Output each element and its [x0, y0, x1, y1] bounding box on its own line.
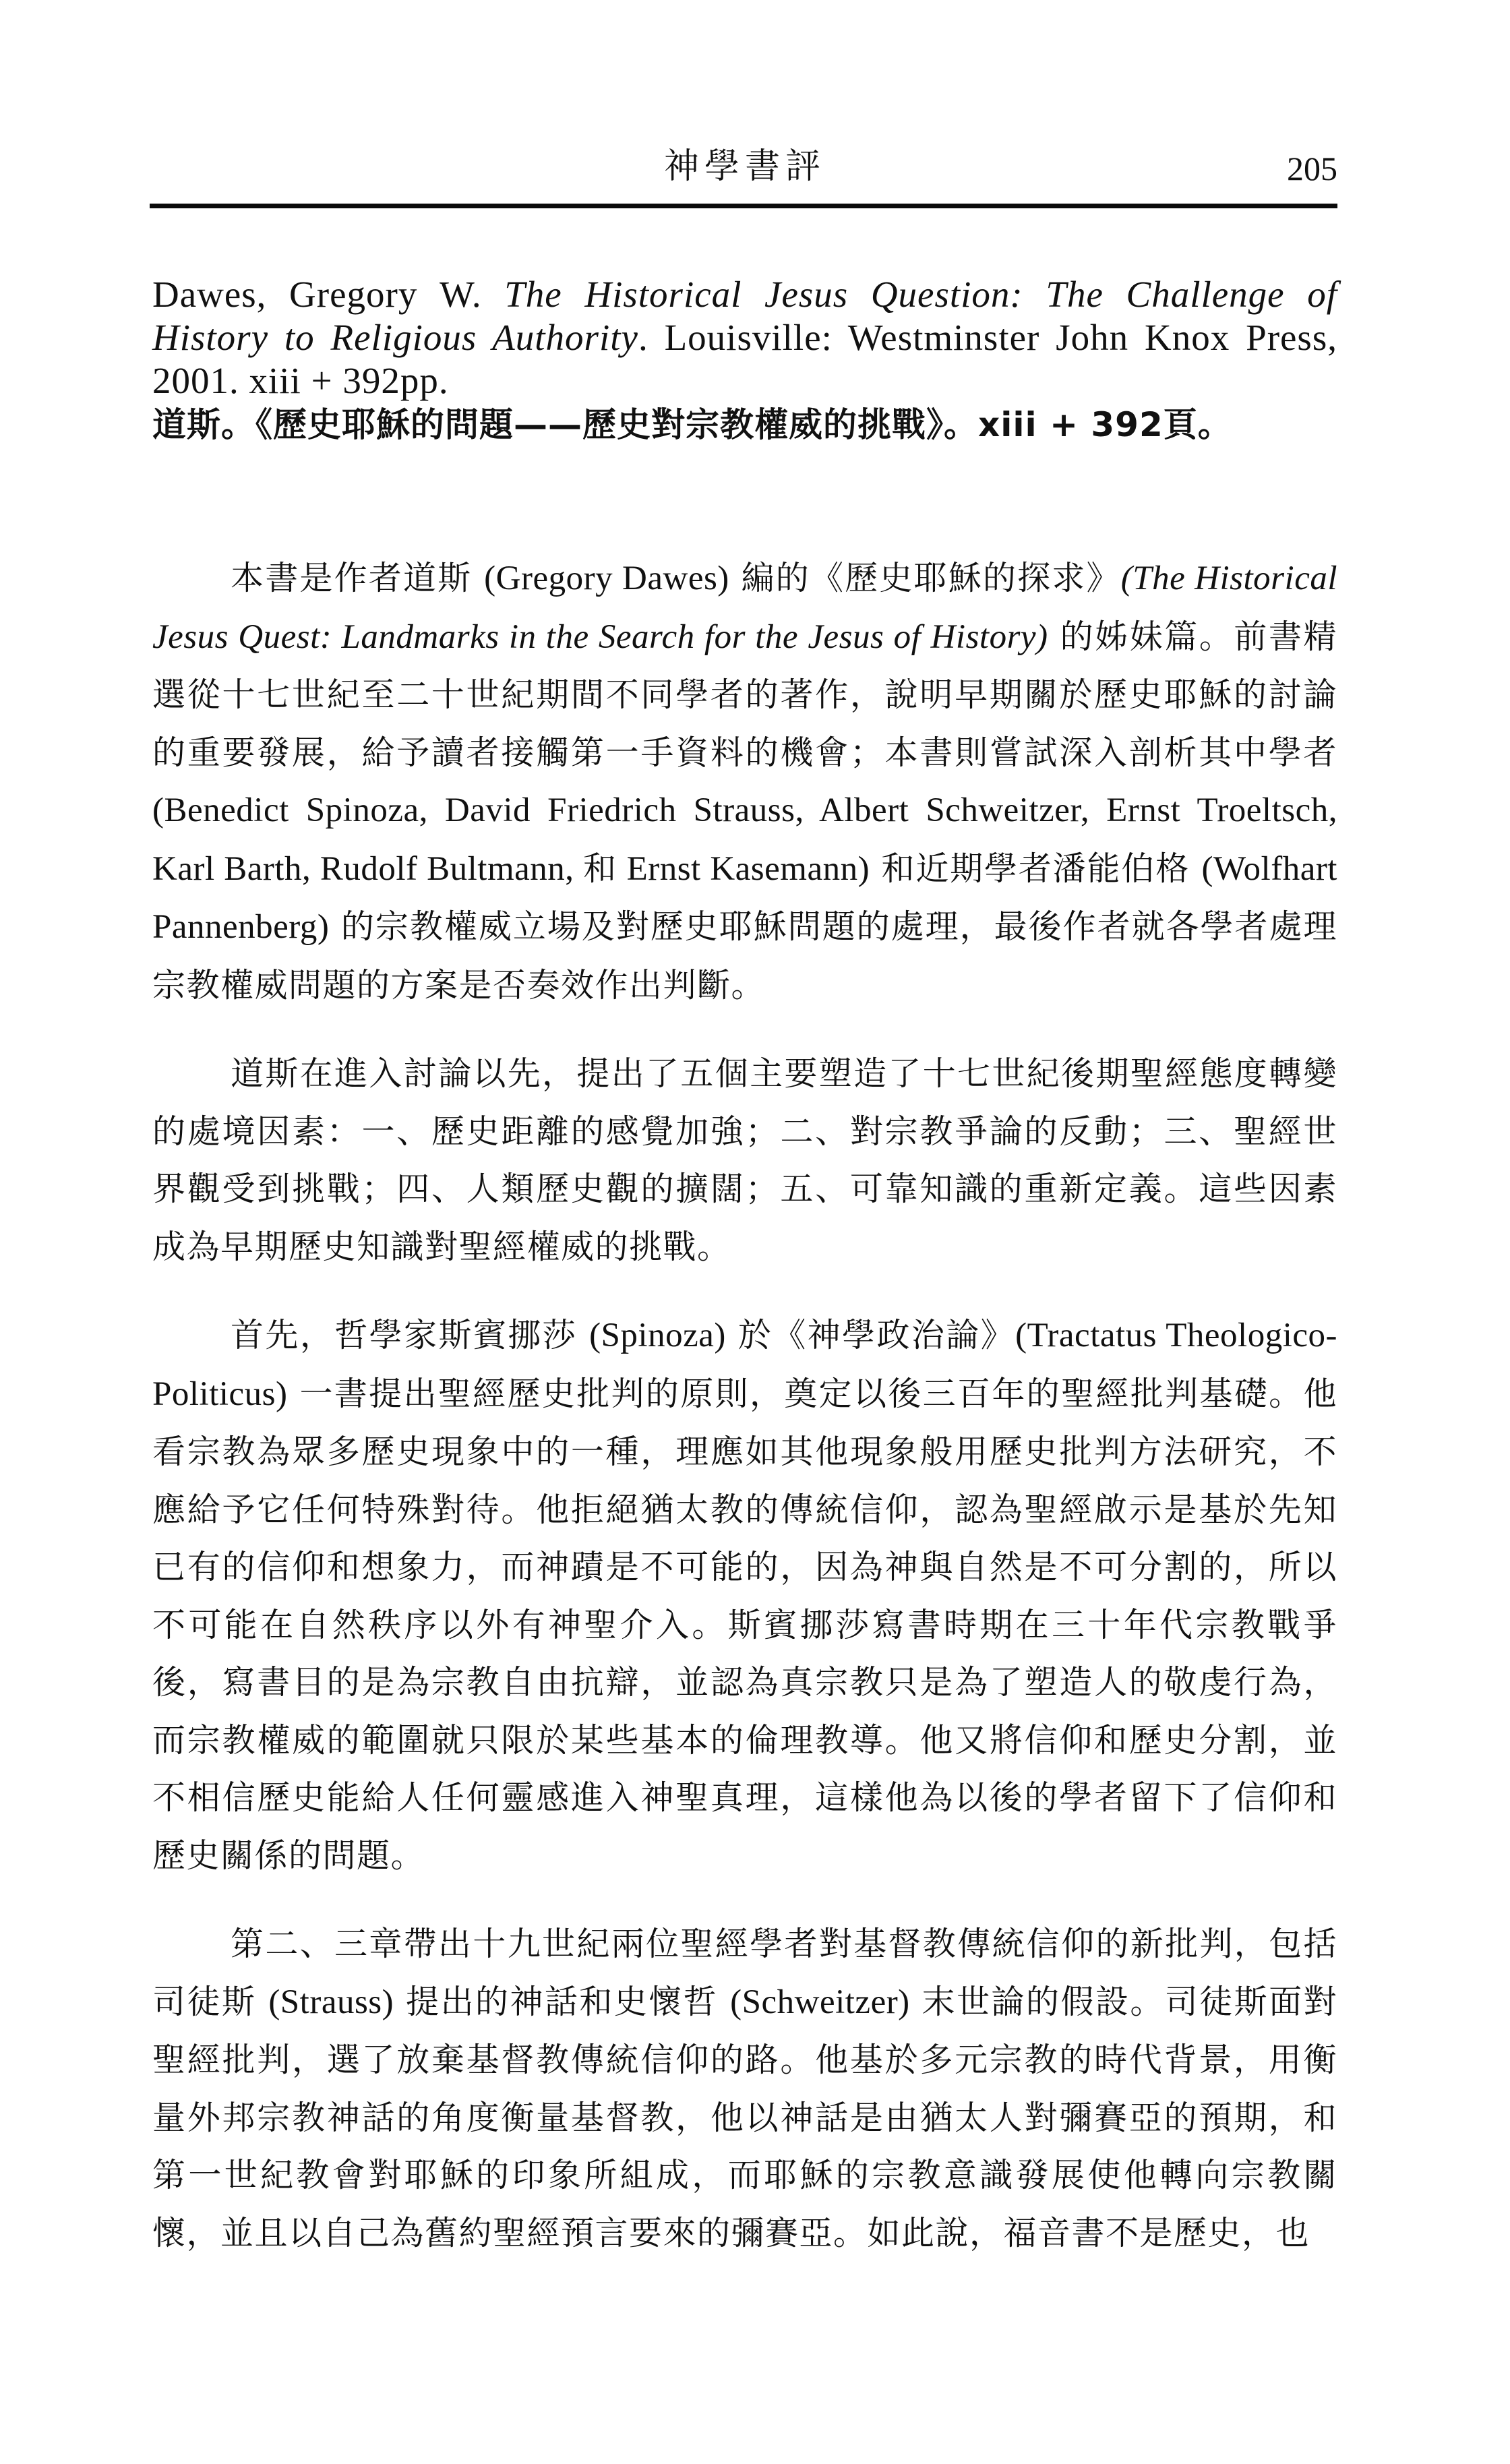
paragraph-2: 道斯在進入討論以先，提出了五個主要塑造了十七世紀後期聖經態度轉變的處境因素：一、…: [152, 1045, 1337, 1275]
running-head: 神學書評 205: [152, 143, 1337, 190]
text-run: 本書是作者道斯: [231, 559, 484, 597]
text-run: 末世論的假設。司徒斯面對聖經批判，選了放棄基督教傳統信仰的路。他基於多元宗教的時…: [152, 1983, 1337, 2252]
text-run: (Spinoza): [589, 1317, 726, 1354]
paragraph-3: 首先，哲學家斯賓挪莎 (Spinoza) 於《神學政治論》(Tractatus …: [152, 1306, 1337, 1884]
paragraph-4: 第二、三章帶出十九世紀兩位聖經學者對基督教傳統信仰的新批判，包括司徒斯 (Str…: [152, 1915, 1337, 2262]
review-body: 本書是作者道斯 (Gregory Dawes) 編的《歷史耶穌的探求》(The …: [152, 549, 1337, 2293]
text-run: (Schweitzer): [730, 1983, 910, 2021]
page-number: 205: [1287, 148, 1337, 189]
text-run: (Strauss): [268, 1983, 394, 2021]
text-run: 編的《歷史耶穌的探求》: [729, 559, 1121, 597]
text-run: 和近期學者潘能伯格: [870, 849, 1201, 888]
citation-chinese: 道斯。《歷史耶穌的問題——歷史對宗教權威的挑戰》。xiii + 392頁。: [152, 402, 1337, 447]
text-run: 一書提出聖經歷史批判的原則，奠定以後三百年的聖經批判基礎。他看宗教為眾多歷史現象…: [152, 1375, 1337, 1875]
citation-author: Dawes, Gregory W.: [152, 274, 504, 315]
text-run: (Gregory Dawes): [484, 560, 729, 597]
text-run: Ernst Kasemann): [617, 850, 870, 888]
text-run: 於《神學政治論》: [726, 1316, 1015, 1354]
text-run: 提出的神話和史懷哲: [394, 1983, 730, 2021]
running-title: 神學書評: [152, 143, 1337, 190]
book-citation: Dawes, Gregory W. The Historical Jesus Q…: [152, 273, 1337, 447]
citation-english: Dawes, Gregory W. The Historical Jesus Q…: [152, 273, 1337, 402]
text-run: 的宗教權威立場及對歷史耶穌問題的處理，最後作者就各學者處理宗教權威問題的方案是否…: [152, 907, 1337, 1004]
text-run: 和: [583, 849, 617, 888]
text-run: 首先，哲學家斯賓挪莎: [231, 1316, 589, 1354]
paragraph-1: 本書是作者道斯 (Gregory Dawes) 編的《歷史耶穌的探求》(The …: [152, 549, 1337, 1014]
header-rule: [150, 204, 1337, 208]
